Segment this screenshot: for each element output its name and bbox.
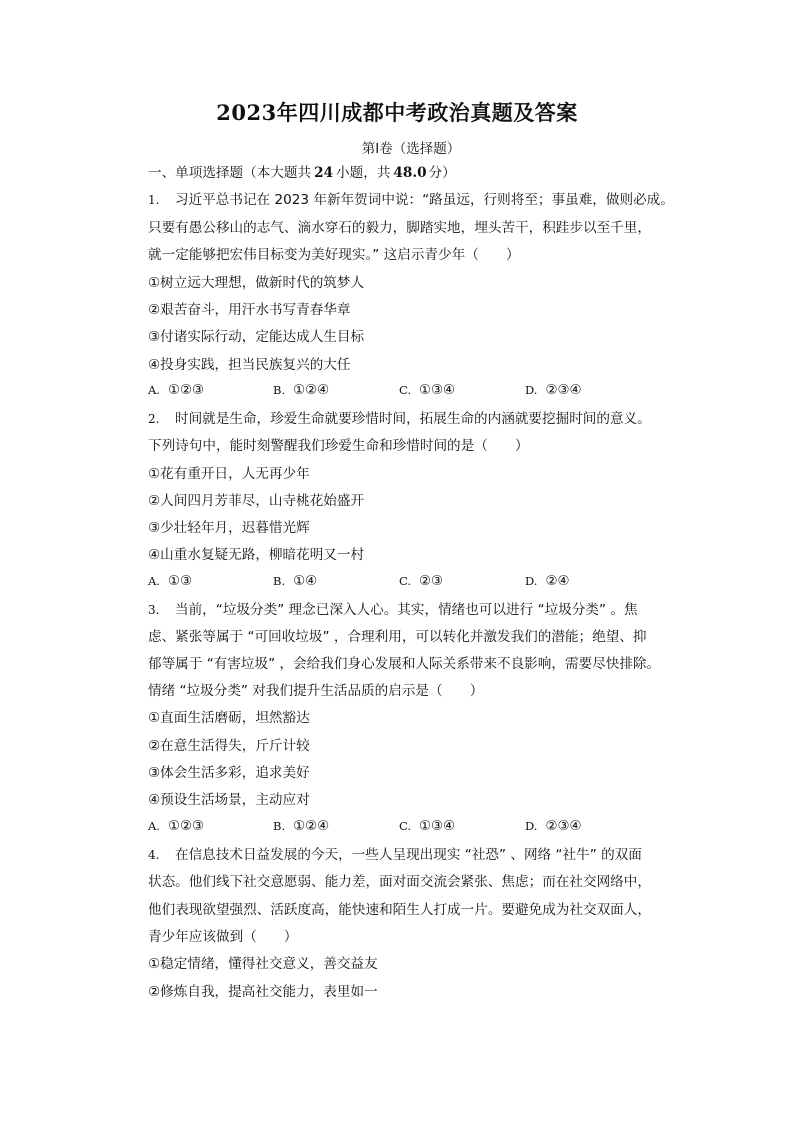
question-stem-line: 他们表现欲望强烈、活跃度高，能快速和陌生人打成一片。要避免成为社交双面人， (148, 901, 651, 919)
question-number: 1. (148, 191, 175, 209)
option-letter: B. (273, 819, 285, 833)
option-text: ①③④ (419, 383, 455, 398)
page-title: 2023年四川成都中考政治真题及答案 (0, 97, 794, 127)
question-number: 2. (148, 410, 175, 428)
option-text: ①③ (168, 574, 192, 589)
option-c: C.①③④ (399, 383, 455, 398)
option-text: ②③④ (545, 383, 581, 398)
statement-item: ②在意生活得失，斤斤计较 (148, 737, 310, 755)
option-letter: C. (399, 574, 411, 588)
option-d: D.②③④ (525, 819, 581, 834)
answer-options: A.①②③ B.①②④ C.①③④ D.②③④ (148, 819, 668, 837)
option-letter: B. (273, 574, 285, 588)
statement-item: ③体会生活多彩，追求美好 (148, 764, 310, 782)
total-score: 48.0 (393, 165, 426, 181)
section-suffix: 分） (429, 165, 456, 181)
option-text: ①②④ (293, 383, 329, 398)
option-text: ①②④ (293, 819, 329, 834)
question-stem-line: 虑、紧张等属于 “可回收垃圾” ，合理利用，可以转化并激发我们的潜能；绝望、抑 (148, 628, 647, 646)
statement-item: ①稳定情绪，懂得社交意义，善交益友 (148, 955, 378, 973)
option-letter: D. (525, 383, 537, 397)
option-d: D.②④ (525, 574, 569, 589)
option-text: ②④ (545, 574, 569, 589)
option-c: C.①③④ (399, 819, 455, 834)
question-number: 3. (148, 601, 175, 619)
question-stem-line: 情绪 “垃圾分类” 对我们提升生活品质的启示是（ ） (148, 682, 483, 700)
question-stem-line: 青少年应该做到（ ） (148, 928, 298, 946)
question-number: 4. (148, 846, 175, 864)
question-stem-line: 3.当前，“垃圾分类” 理念已深入人心。其实，情绪也可以进行 “垃圾分类” 。焦 (148, 601, 638, 619)
section-heading: 一、单项选择题（本大题共24小题，共48.0分） (148, 164, 456, 182)
option-text: ②③④ (545, 819, 581, 834)
option-b: B.①②④ (273, 383, 329, 398)
statement-item: ④预设生活场景，主动应对 (148, 791, 310, 809)
statement-item: ①树立远大理想，做新时代的筑梦人 (148, 274, 364, 292)
question-stem-line: 郁等属于 “有害垃圾” ，会给我们身心发展和人际关系带来不良影响，需要尽快排除。 (148, 655, 660, 673)
option-text: ①③④ (419, 819, 455, 834)
option-text: ①②③ (168, 819, 204, 834)
section-mid: 小题，共 (336, 165, 390, 181)
section-prefix: 一、单项选择题（本大题共 (148, 165, 311, 181)
option-text: ①④ (293, 574, 317, 589)
statement-item: ④投身实践，担当民族复兴的大任 (148, 356, 351, 374)
statement-item: ③付诸实际行动，定能达成人生目标 (148, 328, 364, 346)
statement-item: ①花有重开日，人无再少年 (148, 465, 310, 483)
question-stem-line: 1.习近平总书记在 2023 年新年贺词中说：“路虽远，行则将至；事虽难，做则必… (148, 191, 674, 209)
option-a: A.①③ (148, 574, 192, 589)
stem-text: 习近平总书记在 2023 年新年贺词中说：“路虽远，行则将至；事虽难，做则必成。 (175, 192, 674, 208)
question-stem-line: 2.时间就是生命，珍爱生命就要珍惜时间，拓展生命的内涵就要挖掘时间的意义。 (148, 410, 651, 428)
statement-item: ④山重水复疑无路，柳暗花明又一村 (148, 546, 364, 564)
option-a: A.①②③ (148, 819, 204, 834)
statement-item: ②艰苦奋斗，用汗水书写青春华章 (148, 301, 351, 319)
page-subtitle: 第Ⅰ卷（选择题） (14, 137, 794, 157)
option-letter: D. (525, 819, 537, 833)
option-text: ②③ (419, 574, 443, 589)
option-letter: C. (399, 819, 411, 833)
option-letter: B. (273, 383, 285, 397)
question-stem-line: 状态。他们线下社交意愿弱、能力差，面对面交流会紧张、焦虑；而在社交网络中， (148, 873, 651, 891)
option-letter: D. (525, 574, 537, 588)
statement-item: ③少壮轻年月，迟暮惜光辉 (148, 519, 310, 537)
question-stem-line: 只要有愚公移山的志气、滴水穿石的毅力，脚踏实地，埋头苦干，积跬步以至千里， (148, 219, 651, 237)
option-a: A.①②③ (148, 383, 204, 398)
option-d: D.②③④ (525, 383, 581, 398)
option-letter: A. (148, 574, 160, 588)
option-letter: A. (148, 819, 160, 833)
stem-text: 在信息技术日益发展的今天，一些人呈现出现实 “社恐” 、网络 “社牛” 的双面 (175, 847, 642, 863)
option-c: C.②③ (399, 574, 443, 589)
answer-options: A.①②③ B.①②④ C.①③④ D.②③④ (148, 383, 668, 401)
stem-text: 时间就是生命，珍爱生命就要珍惜时间，拓展生命的内涵就要挖掘时间的意义。 (175, 411, 651, 427)
statement-item: ②人间四月芳菲尽，山寺桃花始盛开 (148, 492, 364, 510)
option-b: B.①②④ (273, 819, 329, 834)
question-count: 24 (314, 165, 333, 181)
statement-item: ①直面生活磨砺，坦然豁达 (148, 709, 310, 727)
stem-text: 当前，“垃圾分类” 理念已深入人心。其实，情绪也可以进行 “垃圾分类” 。焦 (175, 602, 638, 618)
option-b: B.①④ (273, 574, 317, 589)
question-stem-line: 下列诗句中，能时刻警醒我们珍爱生命和珍惜时间的是（ ） (148, 437, 529, 455)
question-stem-line: 就一定能够把宏伟目标变为美好现实。” 这启示青少年（ ） (148, 246, 520, 264)
option-letter: A. (148, 383, 160, 397)
question-stem-line: 4.在信息技术日益发展的今天，一些人呈现出现实 “社恐” 、网络 “社牛” 的双… (148, 846, 642, 864)
statement-item: ②修炼自我，提高社交能力，表里如一 (148, 983, 378, 1001)
option-letter: C. (399, 383, 411, 397)
document-page: 2023年四川成都中考政治真题及答案 第Ⅰ卷（选择题） 一、单项选择题（本大题共… (0, 0, 794, 1123)
answer-options: A.①③ B.①④ C.②③ D.②④ (148, 574, 668, 592)
option-text: ①②③ (168, 383, 204, 398)
